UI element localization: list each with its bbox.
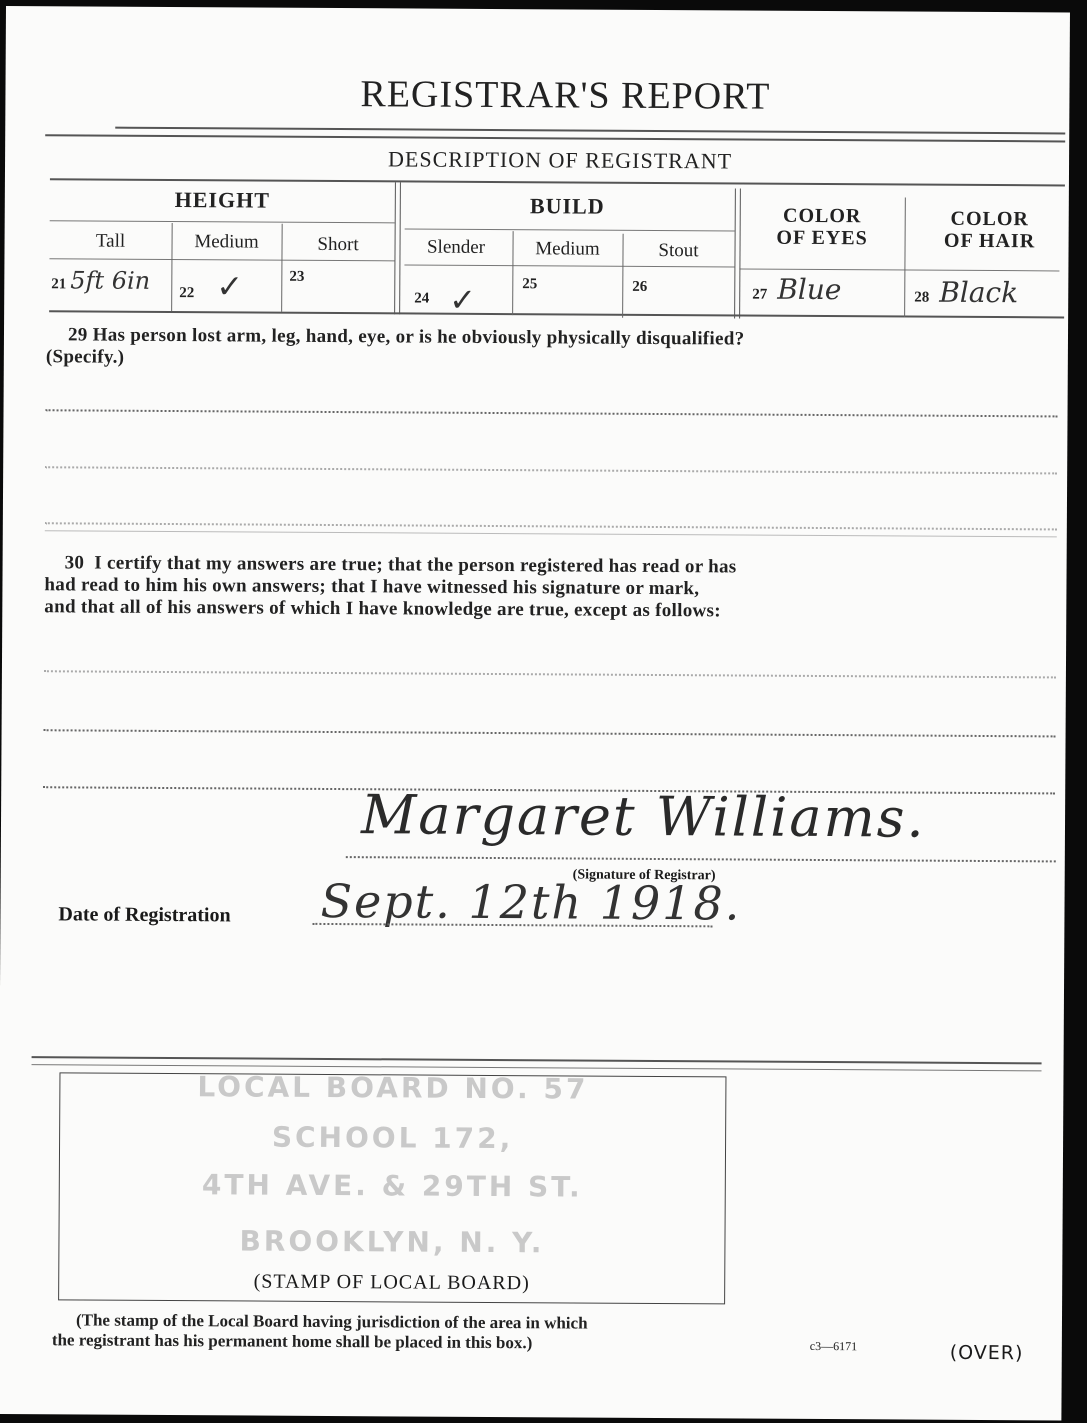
question-29-text: Has person lost arm, leg, hand, eye, or … bbox=[93, 325, 745, 350]
field-number-21: 21 bbox=[51, 276, 66, 292]
hair-header-line1: COLOR bbox=[910, 208, 1070, 231]
cell-stout: 26 bbox=[632, 278, 730, 321]
section-subtitle: DESCRIPTION OF REGISTRANT bbox=[5, 144, 1087, 177]
stamp-line-2: SCHOOL 172, bbox=[60, 1119, 725, 1156]
field-number-27: 27 bbox=[752, 287, 767, 303]
height-subheader-rule bbox=[50, 220, 395, 223]
description-table: HEIGHT BUILD COLOR OF EYES COLOR OF HAIR… bbox=[49, 178, 1065, 320]
cell-medium-height: 22 ✓ bbox=[179, 267, 279, 310]
col-header-tall: Tall bbox=[49, 230, 171, 253]
col-header-medium-height: Medium bbox=[171, 231, 281, 254]
build-group-header: BUILD bbox=[400, 192, 735, 220]
col-header-slender: Slender bbox=[399, 236, 512, 259]
eyes-hair-divider bbox=[904, 197, 906, 317]
field-number-26: 26 bbox=[632, 279, 647, 295]
stamp-instructions-line-2: the registrant has his permanent home sh… bbox=[52, 1330, 588, 1353]
col-header-stout: Stout bbox=[622, 240, 734, 263]
section-divider bbox=[45, 530, 1057, 537]
hair-group-header: COLOR OF HAIR bbox=[910, 208, 1070, 253]
cell-medium-build: 25 bbox=[522, 275, 620, 318]
form-number: c3—6171 bbox=[810, 1339, 857, 1354]
answer-30-line-2[interactable] bbox=[44, 729, 1056, 737]
over-label: (OVER) bbox=[950, 1342, 1024, 1364]
cell-slender: 24 ✓ bbox=[414, 272, 512, 315]
answer-29-line-1[interactable] bbox=[46, 409, 1058, 417]
stamp-line-4: BROOKLYN, N. Y. bbox=[59, 1223, 724, 1260]
question-30-number: 30 bbox=[65, 552, 85, 573]
eyes-header-line2: OF EYES bbox=[740, 226, 905, 249]
hair-header-line2: OF HAIR bbox=[910, 230, 1070, 253]
question-30-text-1: I certify that my answers are true; that… bbox=[94, 553, 736, 578]
stamp-box: LOCAL BOARD NO. 57 SCHOOL 172, 4TH AVE. … bbox=[58, 1072, 726, 1304]
col-header-short: Short bbox=[281, 234, 394, 257]
stamp-line-1: LOCAL BOARD NO. 57 bbox=[60, 1069, 725, 1106]
build-subheader-rule bbox=[405, 228, 735, 231]
height-group-header: HEIGHT bbox=[50, 186, 395, 214]
title-divider bbox=[115, 127, 1065, 135]
answer-30-line-1[interactable] bbox=[44, 670, 1056, 678]
title-divider-2 bbox=[45, 134, 1065, 142]
stamp-divider bbox=[32, 1056, 1042, 1064]
signature-line[interactable] bbox=[346, 856, 1056, 862]
answer-29-line-2[interactable] bbox=[45, 466, 1057, 474]
eyes-value: Blue bbox=[777, 273, 841, 306]
build-eyes-divider bbox=[734, 188, 741, 318]
eyes-group-header: COLOR OF EYES bbox=[740, 204, 905, 249]
eyes-header-line1: COLOR bbox=[740, 204, 905, 227]
field-number-22: 22 bbox=[179, 285, 194, 301]
date-of-registration-value: Sept. 12th 1918. bbox=[320, 874, 741, 931]
tall-value: 5ft 6in bbox=[70, 266, 150, 294]
question-29: 29 Has person lost arm, leg, hand, eye, … bbox=[46, 324, 1066, 374]
field-number-24: 24 bbox=[414, 290, 429, 306]
page-title: REGISTRAR'S REPORT bbox=[5, 70, 1087, 121]
cell-color-of-eyes: 27 Blue bbox=[752, 273, 902, 316]
cell-tall: 21 5ft 6in bbox=[51, 266, 171, 309]
hair-value: Black bbox=[939, 276, 1018, 309]
values-rule-build bbox=[404, 264, 734, 267]
answer-29-line-3[interactable] bbox=[45, 522, 1057, 530]
check-mark-icon: ✓ bbox=[216, 267, 243, 305]
stamp-instructions: (The stamp of the Local Board having jur… bbox=[52, 1310, 588, 1353]
field-number-23: 23 bbox=[289, 269, 304, 285]
field-number-25: 25 bbox=[522, 276, 537, 292]
field-number-28: 28 bbox=[914, 290, 929, 306]
col-header-medium-build: Medium bbox=[512, 238, 622, 261]
cell-color-of-hair: 28 Black bbox=[914, 276, 1064, 319]
check-mark-icon: ✓ bbox=[449, 281, 476, 319]
cell-short: 23 bbox=[289, 268, 389, 311]
values-rule-colors bbox=[739, 268, 1059, 271]
stamp-line-3: 4TH AVE. & 29TH ST. bbox=[60, 1167, 725, 1204]
question-29-specify: (Specify.) bbox=[46, 346, 1066, 374]
date-of-registration-label: Date of Registration bbox=[58, 903, 230, 927]
question-30: 30 I certify that my answers are true; t… bbox=[44, 552, 1064, 624]
question-29-number: 29 bbox=[68, 324, 88, 345]
stamp-caption: (STAMP OF LOCAL BOARD) bbox=[59, 1269, 724, 1296]
values-rule-height bbox=[49, 258, 394, 261]
registrar-signature: Margaret Williams. bbox=[361, 783, 926, 849]
registrars-report-page: REGISTRAR'S REPORT DESCRIPTION OF REGIST… bbox=[0, 6, 1070, 1420]
